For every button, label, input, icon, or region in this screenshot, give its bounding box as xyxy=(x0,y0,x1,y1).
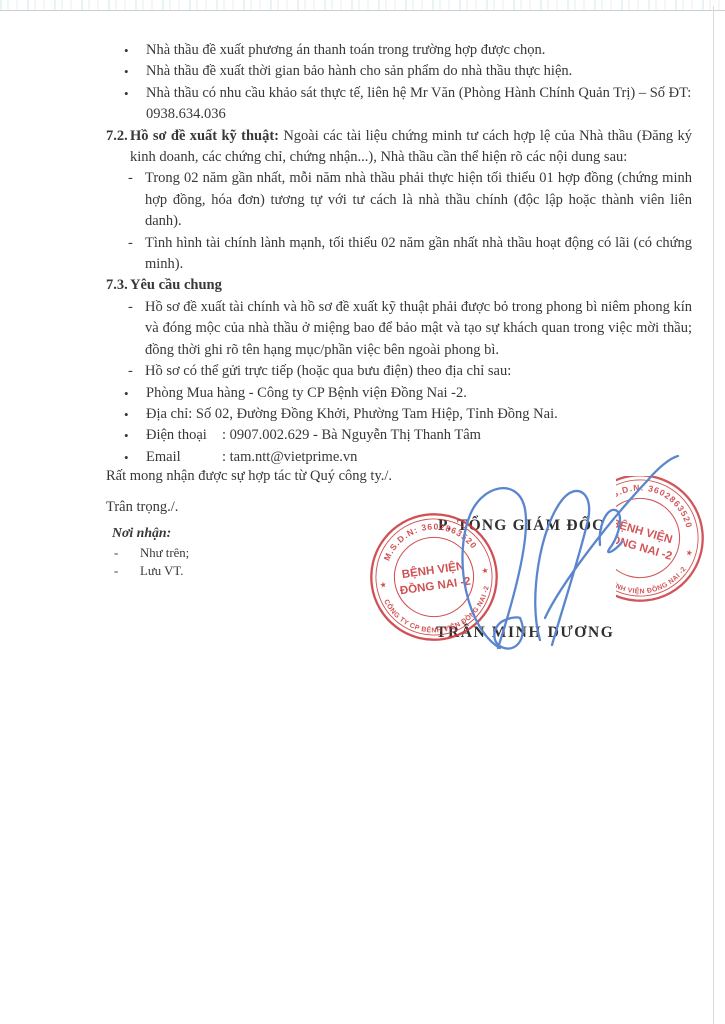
recipient-item: - Như trên; xyxy=(112,544,189,562)
list-item: • Nhà thầu đề xuất phương án thanh toán … xyxy=(124,40,692,61)
scan-edge-artifact-right xyxy=(713,6,714,1024)
contact-office: Phòng Mua hàng - Công ty CP Bệnh viện Đồ… xyxy=(146,383,467,404)
section-title: Yêu cầu chung xyxy=(130,277,222,293)
document-body: • Nhà thầu đề xuất phương án thanh toán … xyxy=(0,0,692,468)
dash-icon: - xyxy=(128,168,145,189)
list-item: • Điện thoại: 0907.002.629 - Bà Nguyễn T… xyxy=(124,425,692,446)
list-item: • Phòng Mua hàng - Công ty CP Bệnh viện … xyxy=(124,383,692,404)
dash-icon: - xyxy=(128,233,145,254)
section-title: Hồ sơ đề xuất kỹ thuật: xyxy=(130,128,279,144)
scanned-document-page: • Nhà thầu đề xuất phương án thanh toán … xyxy=(0,0,725,1024)
section-number: 7.3. xyxy=(106,275,130,296)
recipient-text: Như trên; xyxy=(140,544,189,562)
list-item: • Địa chỉ: Số 02, Đường Đồng Khởi, Phườn… xyxy=(124,404,692,425)
contact-address: Địa chỉ: Số 02, Đường Đồng Khởi, Phường … xyxy=(146,404,558,425)
bullet-icon: • xyxy=(124,404,146,425)
dash-icon: - xyxy=(112,544,140,562)
recipient-item: - Lưu VT. xyxy=(112,562,189,580)
bullet-icon: • xyxy=(124,447,146,468)
section-number: 7.2. xyxy=(106,126,130,147)
separator: : xyxy=(222,449,226,465)
regards-line: Trân trọng./. xyxy=(106,499,178,516)
recipient-text: Lưu VT. xyxy=(140,562,183,580)
list-item-text: Nhà thầu đề xuất phương án thanh toán tr… xyxy=(146,40,545,61)
handwritten-signature xyxy=(440,450,690,660)
contact-phone: Điện thoại: 0907.002.629 - Bà Nguyễn Thị… xyxy=(146,425,481,446)
list-item-text: Trong 02 năm gần nhất, mỗi năm nhà thầu … xyxy=(145,168,692,232)
section-paragraph: Hồ sơ đề xuất kỹ thuật: Ngoài các tài li… xyxy=(130,126,692,169)
contact-value: tam.ntt@vietprime.vn xyxy=(230,449,358,465)
section-7-2-heading: 7.2. Hồ sơ đề xuất kỹ thuật: Ngoài các t… xyxy=(106,126,692,169)
closing-line: Rất mong nhận được sự hợp tác từ Quý côn… xyxy=(106,468,392,485)
list-item: • Nhà thầu đề xuất thời gian bảo hành ch… xyxy=(124,61,692,82)
contact-label: Email xyxy=(146,447,222,468)
recipients-title: Nơi nhận: xyxy=(112,524,189,542)
separator: : xyxy=(222,427,226,443)
list-item: - Hồ sơ có thể gửi trực tiếp (hoặc qua b… xyxy=(128,361,692,382)
contact-label: Điện thoại xyxy=(146,425,222,446)
contact-value: 0907.002.629 - Bà Nguyễn Thị Thanh Tâm xyxy=(230,427,481,443)
dash-icon: - xyxy=(112,562,140,580)
dash-icon: - xyxy=(128,297,145,318)
list-item-text: Nhà thầu có nhu cầu khảo sát thực tế, li… xyxy=(146,83,692,126)
list-item: - Tình hình tài chính lành mạnh, tối thi… xyxy=(128,233,692,276)
list-item: • Nhà thầu có nhu cầu khảo sát thực tế, … xyxy=(124,83,692,126)
dash-icon: - xyxy=(128,361,145,382)
section-7-3-items: - Hồ sơ đề xuất tài chính và hồ sơ đề xu… xyxy=(106,297,692,383)
star-icon: ★ xyxy=(379,580,387,590)
bullet-icon: • xyxy=(124,40,146,61)
proposal-bullet-list: • Nhà thầu đề xuất phương án thanh toán … xyxy=(106,40,692,126)
list-item-text: Tình hình tài chính lành mạnh, tối thiểu… xyxy=(145,233,692,276)
list-item: - Trong 02 năm gần nhất, mỗi năm nhà thầ… xyxy=(128,168,692,232)
list-item-text: Nhà thầu đề xuất thời gian bảo hành cho … xyxy=(146,61,572,82)
section-7-3-heading: 7.3. Yêu cầu chung xyxy=(106,275,692,296)
list-item-text: Hồ sơ có thể gửi trực tiếp (hoặc qua bưu… xyxy=(145,361,692,382)
bullet-icon: • xyxy=(124,383,146,404)
recipients-block: Nơi nhận: - Như trên; - Lưu VT. xyxy=(112,524,189,580)
list-item: - Hồ sơ đề xuất tài chính và hồ sơ đề xu… xyxy=(128,297,692,361)
contact-email: Email: tam.ntt@vietprime.vn xyxy=(146,447,357,468)
bullet-icon: • xyxy=(124,61,146,82)
bullet-icon: • xyxy=(124,425,146,446)
section-7-2-items: - Trong 02 năm gần nhất, mỗi năm nhà thầ… xyxy=(106,168,692,275)
list-item-text: Hồ sơ đề xuất tài chính và hồ sơ đề xuất… xyxy=(145,297,692,361)
bullet-icon: • xyxy=(124,83,146,104)
